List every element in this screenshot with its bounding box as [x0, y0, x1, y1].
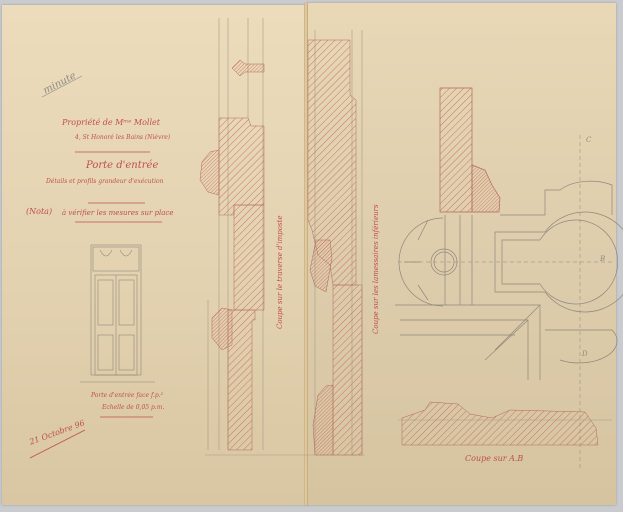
plan-marker-b: B — [600, 255, 605, 263]
left-section-label: Coupe sur le traverse d'imposte — [276, 159, 284, 329]
note-text: à vérifier les mesures sur place — [62, 209, 173, 217]
note-label: (Nota) — [26, 207, 52, 216]
right-section-label: Coupe sur les lamessaires inférieurs — [372, 154, 380, 334]
door-caption-2: Echelle de 0,05 p.m. — [102, 404, 164, 411]
plan-marker-c: C — [586, 136, 591, 144]
owner-line: Propriété de Mᵐᵉ Mollet — [62, 118, 160, 127]
plan-marker-d: D — [582, 350, 588, 358]
drawing-linework — [0, 0, 623, 512]
nota-text: Nota — [29, 207, 49, 216]
section-ab-label: Coupe sur A.B — [465, 454, 523, 463]
drawing-title: Porte d'entrée — [86, 160, 158, 171]
door-caption-1: Porte d'entrée face f.p.² — [91, 392, 163, 399]
section-ab-profile — [402, 402, 598, 445]
drawing-subtitle: Détails et profils grandeur d'exécution — [46, 178, 163, 185]
door-elevation — [80, 245, 155, 382]
address-line: 4, St Honoré les Bains (Nièvre) — [75, 134, 170, 141]
